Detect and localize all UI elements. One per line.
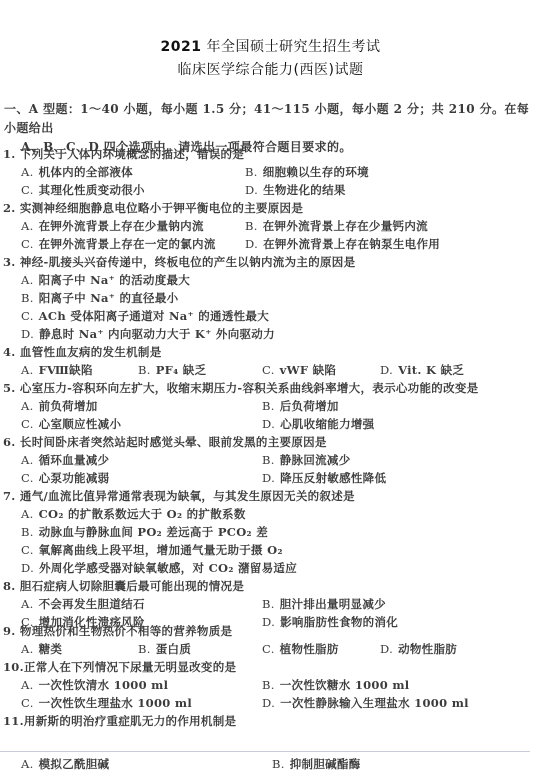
question-3-option-b: B.阳离子中 Na⁺ 的直径最小 [21,290,178,306]
question-4-option-d: D.Vit. K 缺乏 [380,362,464,378]
question-10-option-b: B.一次性饮糖水 1000 ml [262,677,409,693]
question-9-option-c: C.植物性脂肪 [262,641,339,657]
question-4-stem: 4. 血管性血友病的发生机制是 [3,344,162,360]
question-3-option-c: C.ACh 受体阳离子通道对 Na⁺ 的通透性最大 [21,308,269,324]
question-7-option-a: A.CO₂ 的扩散系数远大于 O₂ 的扩散系数 [21,506,246,522]
question-7-stem: 7. 通气/血流比值异常通常表现为缺氧，与其发生原因无关的叙述是 [3,488,355,504]
question-4-option-a: A.FⅧ缺陷 [21,362,93,378]
question-7-option-d: D.外周化学感受器对缺氧敏感，对 CO₂ 潴留易适应 [21,560,297,576]
exam-subtitle: 临床医学综合能力(西医)试题 [0,59,541,79]
question-8-option-d: D.影响脂肪性食物的消化 [262,614,398,630]
question-10-option-d: D.一次性静脉输入生理盐水 1000 ml [262,695,469,711]
question-8-option-a: A.不会再发生胆道结石 [21,596,145,612]
question-10-option-a: A.一次性饮清水 1000 ml [21,677,168,693]
question-5-option-a: A.前负荷增加 [21,398,98,414]
question-8-stem: 8. 胆石症病人切除胆囊后最可能出现的情况是 [3,578,244,594]
question-1-option-a: A.机体内的全部液体 [21,164,133,180]
question-1-stem: 1. 下列关于人体内环境概念的描述，错误的是 [3,146,244,162]
question-2-stem: 2. 实测神经细胞静息电位略小于钾平衡电位的主要原因是 [3,200,303,216]
next-page-fragment: A.模拟乙酰胆碱 B.抑制胆碱酯酶 [0,752,541,779]
question-6-option-d: D.降压反射敏感性降低 [262,470,386,486]
question-11-stem: 11.用新斯的明治疗重症肌无力的作用机制是 [3,713,236,729]
question-10-stem: 10.正常人在下列情况下尿量无明显改变的是 [3,659,236,675]
question-6-option-a: A.循环血量减少 [21,452,109,468]
question-2-option-c: C.在钾外流背景上存在一定的氯内流 [21,236,216,252]
question-7-option-b: B.动脉血与静脉血间 PO₂ 差远高于 PCO₂ 差 [21,524,268,540]
question-9-stem: 9. 物理热价和生物热价不相等的营养物质是 [3,623,232,639]
question-1-option-c: C.其理化性质变动很小 [21,182,145,198]
question-4-option-c: C.vWF 缺陷 [262,362,336,378]
question-6-stem: 6. 长时间卧床者突然站起时感觉头晕、眼前发黑的主要原因是 [3,434,327,450]
question-11-option-a: A.模拟乙酰胆碱 [21,756,109,772]
question-3-option-d: D.静息时 Na⁺ 内向驱动力大于 K⁺ 外向驱动力 [21,326,275,342]
question-3-option-a: A.阳离子中 Na⁺ 的活动度最大 [21,272,190,288]
question-5-option-b: B.后负荷增加 [262,398,339,414]
section-instructions-line1: 一、A 型题：1～40 小题，每小题 1.5 分；41～115 小题，每小题 2… [4,100,540,138]
question-11-option-b: B.抑制胆碱酯酶 [272,756,361,772]
question-2-option-d: D.在钾外流背景上存在钠泵生电作用 [245,236,440,252]
question-7-option-c: C.氧解离曲线上段平坦，增加通气量无助于摄 O₂ [21,542,283,558]
question-5-option-c: C.心室顺应性减小 [21,416,121,432]
question-9-option-b: B.蛋白质 [138,641,191,657]
question-5-option-d: D.心肌收缩能力增强 [262,416,374,432]
question-6-option-b: B.静脉回流减少 [262,452,351,468]
question-1-option-d: D.生物进化的结果 [245,182,346,198]
question-9-option-d: D.动物性脂肪 [380,641,457,657]
question-5-stem: 5. 心室压力-容积环向左扩大，收缩末期压力-容积关系曲线斜率增大，表示心功能的… [3,380,478,396]
question-10-option-c: C.一次性饮生理盐水 1000 ml [21,695,192,711]
question-3-stem: 3. 神经-肌接头兴奋传递中，终板电位的产生以钠内流为主的原因是 [3,254,355,270]
question-2-option-a: A.在钾外流背景上存在少量钠内流 [21,218,204,234]
question-4-option-b: B.PF₄ 缺乏 [138,362,206,378]
question-1-option-b: B.细胞赖以生存的环境 [245,164,369,180]
question-2-option-b: B.在钾外流背景上存在少量钙内流 [245,218,428,234]
question-8-option-b: B.胆汁排出量明显减少 [262,596,386,612]
question-9-option-a: A.糖类 [21,641,62,657]
exam-page: 2021 年全国硕士研究生招生考试 临床医学综合能力(西医)试题 一、A 型题：… [0,0,541,735]
question-6-option-c: C.心泵功能减弱 [21,470,109,486]
exam-year: 2021 [161,39,202,55]
exam-title-text: 年全国硕士研究生招生考试 [202,39,381,55]
exam-title-line1: 2021 年全国硕士研究生招生考试 [0,36,541,56]
